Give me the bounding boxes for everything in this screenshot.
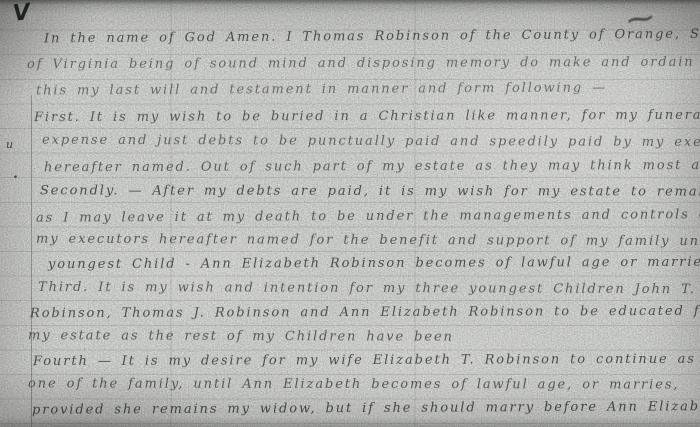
manuscript-line: my executors hereafter named for the ben… [36,232,700,249]
manuscript-line: Robinson, Thomas J. Robinson and Ann Eli… [30,304,700,321]
manuscript-line: First. It is my wish to be buried in a C… [34,108,700,125]
corner-check-mark: V [12,0,32,27]
margin-dot: . [13,166,18,182]
manuscript-line: this my last will and testament in manne… [36,81,607,99]
manuscript-scan: V ~ u . In the name of God Amen. I Thoma… [0,0,700,427]
manuscript-line: hereafter named. Out of such part of my … [44,158,700,176]
manuscript-line: Fourth — It is my desire for my wife Eli… [33,352,696,369]
manuscript-line: Third. It is my wish and intention for m… [38,280,696,297]
manuscript-line: youngest Child - Ann Elizabeth Robinson … [48,255,700,272]
manuscript-line: Secondly. — After my debts are paid, it … [40,183,700,199]
manuscript-line: of Virginia being of sound mind and disp… [27,55,695,72]
manuscript-line: one of the family, until Ann Elizabeth b… [28,376,679,392]
manuscript-line: expense and just debts to be punctually … [42,133,700,150]
manuscript-line: my estate as the rest of my Children hav… [28,328,454,344]
margin-note: u [6,138,13,151]
